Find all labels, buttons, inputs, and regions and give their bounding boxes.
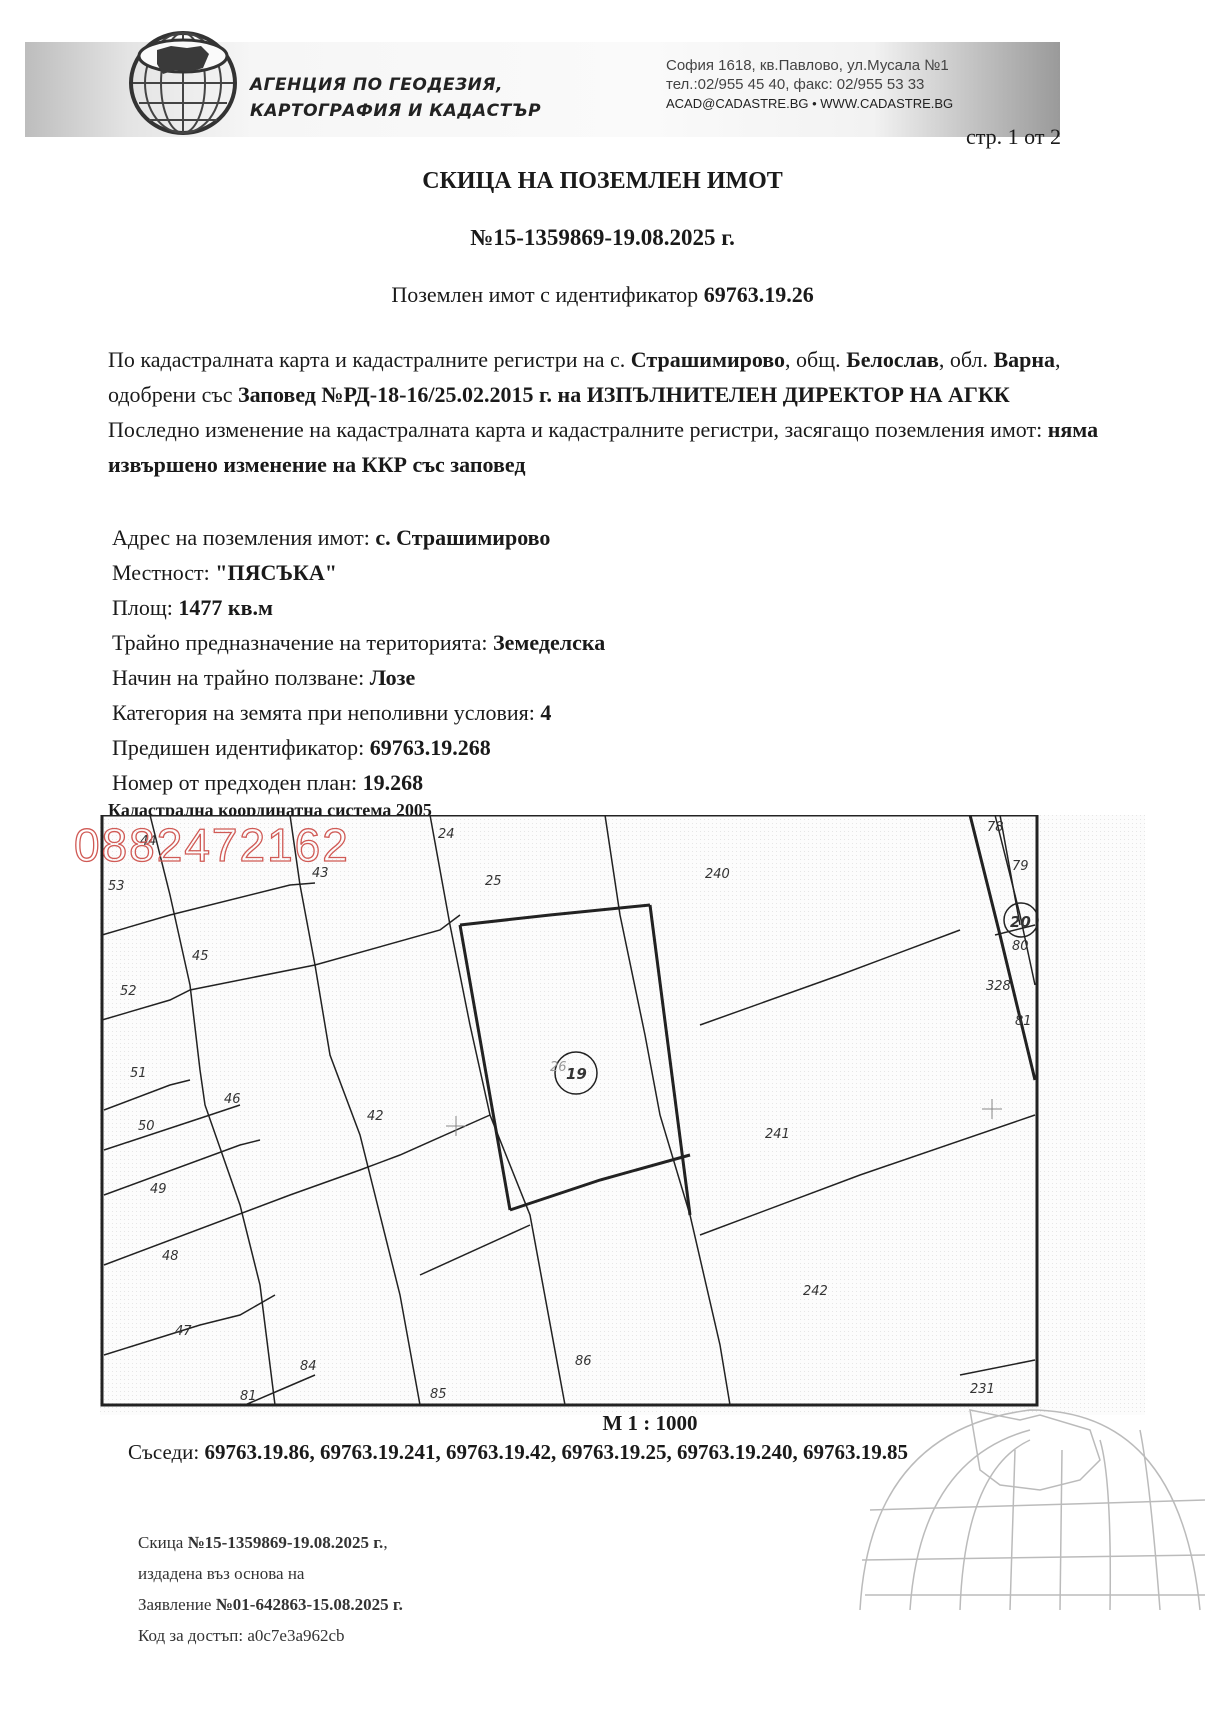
footer-value: a0c7e3a962cb bbox=[247, 1626, 344, 1645]
globe-watermark-icon bbox=[850, 1370, 1205, 1630]
parcel-label-51: 51 bbox=[130, 1066, 147, 1081]
parcel-label-42: 42 bbox=[367, 1109, 384, 1124]
agency-contact: София 1618, кв.Павлово, ул.Мусала №1 тел… bbox=[666, 56, 953, 113]
intro-text: , общ. bbox=[785, 347, 846, 372]
identifier-value: 69763.19.26 bbox=[704, 282, 814, 307]
parcel-label-328: 328 bbox=[986, 979, 1011, 994]
field-label: Начин на трайно ползване: bbox=[112, 665, 370, 690]
field-label: Площ: bbox=[112, 595, 178, 620]
approval-order: Заповед №РД-18-16/25.02.2015 г. на ИЗПЪЛ… bbox=[238, 382, 1010, 407]
field-value: "ПЯСЪКА" bbox=[215, 560, 337, 585]
document-title: СКИЦА НА ПОЗЕМЛЕН ИМОТ bbox=[0, 168, 1205, 195]
field-value: 1477 кв.м bbox=[178, 595, 273, 620]
footer-application: Заявление №01-642863-15.08.2025 г. bbox=[138, 1589, 403, 1620]
intro-text: По кадастралната карта и кадастралните р… bbox=[108, 347, 631, 372]
neighbours: Съседи: 69763.19.86, 69763.19.241, 69763… bbox=[128, 1440, 908, 1465]
parcel-identifier: Поземлен имот с идентификатор 69763.19.2… bbox=[0, 282, 1205, 308]
agency-name: АГЕНЦИЯ ПО ГЕОДЕЗИЯ, КАРТОГРАФИЯ И КАДАС… bbox=[250, 72, 541, 124]
footer-punct: , bbox=[383, 1533, 387, 1552]
parcel-label-81-left: 81 bbox=[240, 1389, 257, 1404]
footer-label: Заявление bbox=[138, 1595, 216, 1614]
parcel-label-53: 53 bbox=[108, 879, 125, 894]
parcel-label-52: 52 bbox=[120, 984, 137, 999]
field-locality: Местност: "ПЯСЪКА" bbox=[112, 555, 605, 590]
parcel-label-24: 24 bbox=[438, 827, 455, 842]
agency-name-line2: КАРТОГРАФИЯ И КАДАСТЪР bbox=[250, 98, 541, 124]
agency-globe-logo-icon bbox=[127, 28, 239, 138]
field-label: Трайно предназначение на територията: bbox=[112, 630, 493, 655]
region: Варна bbox=[993, 347, 1055, 372]
field-value: 4 bbox=[540, 700, 551, 725]
parcel-label-241: 241 bbox=[765, 1127, 790, 1142]
parcel-label-79: 79 bbox=[1012, 859, 1029, 874]
field-territory-purpose: Трайно предназначение на територията: Зе… bbox=[112, 625, 605, 660]
last-change-label: Последно изменение на кадастралната карт… bbox=[108, 417, 1048, 442]
field-previous-plan-number: Номер от предходен план: 19.268 bbox=[112, 765, 605, 800]
parcel-label-26-subject: 26 bbox=[550, 1060, 567, 1075]
agency-web: ACAD@CADASTRE.BG • WWW.CADASTRE.BG bbox=[666, 94, 953, 113]
parcel-label-48: 48 bbox=[162, 1249, 179, 1264]
phone-watermark: 0882472162 bbox=[74, 818, 350, 872]
field-value: 19.268 bbox=[363, 770, 424, 795]
footer-access-code: Код за достъп: a0c7e3a962cb bbox=[138, 1620, 403, 1651]
parcel-label-78: 78 bbox=[987, 820, 1004, 835]
parcel-label-85: 85 bbox=[430, 1387, 447, 1402]
parcel-label-46: 46 bbox=[224, 1092, 241, 1107]
parcel-label-81-right: 81 bbox=[1015, 1014, 1032, 1029]
parcel-label-45: 45 bbox=[192, 949, 209, 964]
agency-address: София 1618, кв.Павлово, ул.Мусала №1 bbox=[666, 56, 953, 75]
parcel-label-86: 86 bbox=[575, 1354, 592, 1369]
field-label: Местност: bbox=[112, 560, 215, 585]
field-usage: Начин на трайно ползване: Лозе bbox=[112, 660, 605, 695]
field-label: Адрес на поземления имот: bbox=[112, 525, 375, 550]
quarter-label-20: 20 bbox=[1010, 913, 1031, 931]
field-label: Предишен идентификатор: bbox=[112, 735, 370, 760]
neighbours-label: Съседи: bbox=[128, 1440, 205, 1464]
parcel-label-50: 50 bbox=[138, 1119, 155, 1134]
parcel-label-47: 47 bbox=[175, 1324, 192, 1339]
municipality: Белослав bbox=[846, 347, 939, 372]
sketch-footer: Скица №15-1359869-19.08.2025 г., издаден… bbox=[138, 1527, 403, 1651]
village: Страшимирово bbox=[631, 347, 785, 372]
footer-label: Код за достъп: bbox=[138, 1626, 247, 1645]
document-number: №15-1359869-19.08.2025 г. bbox=[0, 225, 1205, 251]
last-change: Последно изменение на кадастралната карт… bbox=[108, 412, 1108, 482]
field-value: с. Страшимирово bbox=[375, 525, 550, 550]
parcel-label-240: 240 bbox=[705, 867, 730, 882]
parcel-label-242: 242 bbox=[803, 1284, 828, 1299]
footer-issued-based-on: издадена въз основа на bbox=[138, 1558, 403, 1589]
field-value: 69763.19.268 bbox=[370, 735, 491, 760]
parcel-attributes: Адрес на поземления имот: с. Страшимиров… bbox=[112, 520, 605, 800]
intro-text: , обл. bbox=[939, 347, 994, 372]
parcel-label-25: 25 bbox=[485, 874, 502, 889]
field-label: Категория на земята при неполивни услови… bbox=[112, 700, 540, 725]
agency-name-line1: АГЕНЦИЯ ПО ГЕОДЕЗИЯ, bbox=[250, 72, 541, 98]
identifier-label: Поземлен имот с идентификатор bbox=[391, 282, 703, 307]
footer-value: №01-642863-15.08.2025 г. bbox=[216, 1595, 403, 1614]
field-label: Номер от предходен план: bbox=[112, 770, 363, 795]
agency-phone: тел.:02/955 45 40, факс: 02/955 53 33 bbox=[666, 75, 953, 94]
page-number: стр. 1 от 2 bbox=[966, 124, 1061, 150]
footer-label: Скица bbox=[138, 1533, 188, 1552]
parcel-label-49: 49 bbox=[150, 1182, 167, 1197]
field-value: Земеделска bbox=[493, 630, 605, 655]
field-address: Адрес на поземления имот: с. Страшимиров… bbox=[112, 520, 605, 555]
parcel-label-80: 80 bbox=[1012, 939, 1029, 954]
field-value: Лозе bbox=[370, 665, 415, 690]
cadastral-basis-text: По кадастралната карта и кадастралните р… bbox=[108, 342, 1108, 482]
field-land-category: Категория на земята при неполивни услови… bbox=[112, 695, 605, 730]
field-previous-identifier: Предишен идентификатор: 69763.19.268 bbox=[112, 730, 605, 765]
footer-sketch-number: Скица №15-1359869-19.08.2025 г., bbox=[138, 1527, 403, 1558]
parcel-label-84: 84 bbox=[300, 1359, 317, 1374]
quarter-label-19: 19 bbox=[566, 1065, 587, 1083]
neighbours-value: 69763.19.86, 69763.19.241, 69763.19.42, … bbox=[205, 1440, 909, 1464]
field-area: Площ: 1477 кв.м bbox=[112, 590, 605, 625]
footer-value: №15-1359869-19.08.2025 г. bbox=[188, 1533, 384, 1552]
cadastral-map: 44 53 43 24 25 240 78 79 80 328 81 45 52… bbox=[100, 815, 1145, 1415]
